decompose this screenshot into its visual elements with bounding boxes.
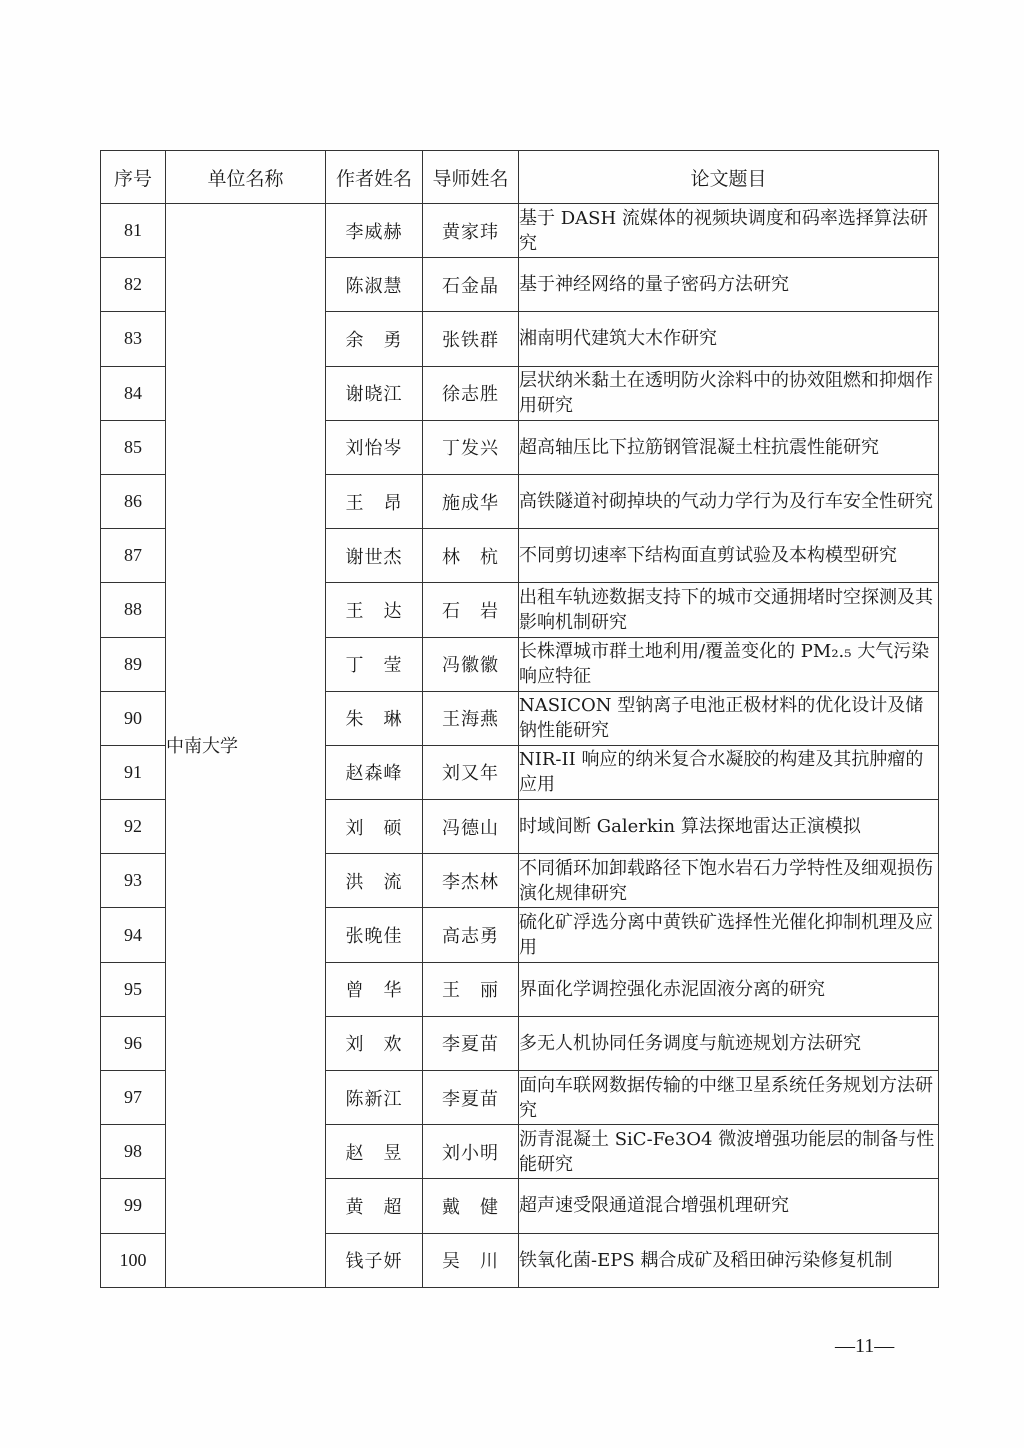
- author-name-cell: 赵 昱: [326, 1125, 423, 1179]
- thesis-title-cell: 不同剪切速率下结构面直剪试验及本构模型研究: [519, 529, 939, 583]
- serial-number-cell: 85: [101, 420, 166, 474]
- author-name-cell: 李威赫: [326, 204, 423, 258]
- serial-number-cell: 82: [101, 258, 166, 312]
- serial-number-cell: 86: [101, 474, 166, 528]
- author-name-cell: 张晚佳: [326, 908, 423, 962]
- header-serial-number: 序号: [101, 151, 166, 204]
- advisor-name-cell: 石金晶: [423, 258, 519, 312]
- serial-number-cell: 81: [101, 204, 166, 258]
- advisor-name-cell: 王海燕: [423, 691, 519, 745]
- advisor-name-cell: 施成华: [423, 474, 519, 528]
- thesis-title-cell: 出租车轨迹数据支持下的城市交通拥堵时空探测及其影响机制研究: [519, 583, 939, 637]
- advisor-name-cell: 石 岩: [423, 583, 519, 637]
- author-name-cell: 黄 超: [326, 1179, 423, 1233]
- advisor-name-cell: 王 丽: [423, 962, 519, 1016]
- advisor-name-cell: 丁发兴: [423, 420, 519, 474]
- thesis-title-cell: 基于神经网络的量子密码方法研究: [519, 258, 939, 312]
- thesis-title-cell: NASICON 型钠离子电池正极材料的优化设计及储钠性能研究: [519, 691, 939, 745]
- thesis-title-cell: 超声速受限通道混合增强机理研究: [519, 1179, 939, 1233]
- table-body: 81中南大学李威赫黄家玮基于 DASH 流媒体的视频块调度和码率选择算法研究82…: [101, 204, 939, 1288]
- author-name-cell: 陈新江: [326, 1071, 423, 1125]
- advisor-name-cell: 刘小明: [423, 1125, 519, 1179]
- thesis-award-table: 序号 单位名称 作者姓名 导师姓名 论文题目 81中南大学李威赫黄家玮基于 DA…: [100, 150, 939, 1288]
- serial-number-cell: 90: [101, 691, 166, 745]
- header-author-name: 作者姓名: [326, 151, 423, 204]
- thesis-title-cell: 超高轴压比下拉筋钢管混凝土柱抗震性能研究: [519, 420, 939, 474]
- serial-number-cell: 100: [101, 1233, 166, 1287]
- serial-number-cell: 91: [101, 745, 166, 799]
- author-name-cell: 王 昂: [326, 474, 423, 528]
- serial-number-cell: 87: [101, 529, 166, 583]
- thesis-title-cell: 硫化矿浮选分离中黄铁矿选择性光催化抑制机理及应用: [519, 908, 939, 962]
- thesis-title-cell: 基于 DASH 流媒体的视频块调度和码率选择算法研究: [519, 204, 939, 258]
- advisor-name-cell: 冯徽徽: [423, 637, 519, 691]
- author-name-cell: 王 达: [326, 583, 423, 637]
- thesis-title-cell: 界面化学调控强化赤泥固液分离的研究: [519, 962, 939, 1016]
- thesis-title-cell: 不同循环加卸载路径下饱水岩石力学特性及细观损伤演化规律研究: [519, 854, 939, 908]
- advisor-name-cell: 张铁群: [423, 312, 519, 366]
- advisor-name-cell: 黄家玮: [423, 204, 519, 258]
- author-name-cell: 丁 莹: [326, 637, 423, 691]
- serial-number-cell: 99: [101, 1179, 166, 1233]
- serial-number-cell: 84: [101, 366, 166, 420]
- advisor-name-cell: 吴 川: [423, 1233, 519, 1287]
- advisor-name-cell: 高志勇: [423, 908, 519, 962]
- serial-number-cell: 83: [101, 312, 166, 366]
- author-name-cell: 钱子妍: [326, 1233, 423, 1287]
- page-number: —11—: [835, 1335, 894, 1358]
- advisor-name-cell: 李杰林: [423, 854, 519, 908]
- thesis-title-cell: 长株潭城市群土地利用/覆盖变化的 PM₂.₅ 大气污染响应特征: [519, 637, 939, 691]
- author-name-cell: 刘 硕: [326, 800, 423, 854]
- author-name-cell: 谢晓江: [326, 366, 423, 420]
- thesis-title-cell: 湘南明代建筑大木作研究: [519, 312, 939, 366]
- author-name-cell: 刘 欢: [326, 1016, 423, 1070]
- author-name-cell: 朱 琳: [326, 691, 423, 745]
- thesis-title-cell: NIR-II 响应的纳米复合水凝胶的构建及其抗肿瘤的应用: [519, 745, 939, 799]
- thesis-title-cell: 层状纳米黏土在透明防火涂料中的协效阻燃和抑烟作用研究: [519, 366, 939, 420]
- document-page: 序号 单位名称 作者姓名 导师姓名 论文题目 81中南大学李威赫黄家玮基于 DA…: [0, 0, 1024, 1448]
- thesis-title-cell: 高铁隧道衬砌掉块的气动力学行为及行车安全性研究: [519, 474, 939, 528]
- serial-number-cell: 89: [101, 637, 166, 691]
- serial-number-cell: 93: [101, 854, 166, 908]
- author-name-cell: 陈淑慧: [326, 258, 423, 312]
- author-name-cell: 赵森峰: [326, 745, 423, 799]
- advisor-name-cell: 林 杭: [423, 529, 519, 583]
- author-name-cell: 余 勇: [326, 312, 423, 366]
- table-row: 81中南大学李威赫黄家玮基于 DASH 流媒体的视频块调度和码率选择算法研究: [101, 204, 939, 258]
- serial-number-cell: 94: [101, 908, 166, 962]
- advisor-name-cell: 李夏苗: [423, 1016, 519, 1070]
- thesis-title-cell: 铁氧化菌-EPS 耦合成矿及稻田砷污染修复机制: [519, 1233, 939, 1287]
- thesis-title-cell: 多无人机协同任务调度与航迹规划方法研究: [519, 1016, 939, 1070]
- serial-number-cell: 95: [101, 962, 166, 1016]
- table-header-row: 序号 单位名称 作者姓名 导师姓名 论文题目: [101, 151, 939, 204]
- advisor-name-cell: 戴 健: [423, 1179, 519, 1233]
- unit-name-cell: 中南大学: [166, 204, 326, 1288]
- serial-number-cell: 88: [101, 583, 166, 637]
- author-name-cell: 曾 华: [326, 962, 423, 1016]
- thesis-title-cell: 时域间断 Galerkin 算法探地雷达正演模拟: [519, 800, 939, 854]
- header-unit-name: 单位名称: [166, 151, 326, 204]
- advisor-name-cell: 冯德山: [423, 800, 519, 854]
- author-name-cell: 洪 流: [326, 854, 423, 908]
- header-thesis-title: 论文题目: [519, 151, 939, 204]
- advisor-name-cell: 李夏苗: [423, 1071, 519, 1125]
- serial-number-cell: 92: [101, 800, 166, 854]
- advisor-name-cell: 徐志胜: [423, 366, 519, 420]
- serial-number-cell: 97: [101, 1071, 166, 1125]
- serial-number-cell: 98: [101, 1125, 166, 1179]
- advisor-name-cell: 刘又年: [423, 745, 519, 799]
- serial-number-cell: 96: [101, 1016, 166, 1070]
- thesis-title-cell: 沥青混凝土 SiC-Fe3O4 微波增强功能层的制备与性能研究: [519, 1125, 939, 1179]
- thesis-title-cell: 面向车联网数据传输的中继卫星系统任务规划方法研究: [519, 1071, 939, 1125]
- author-name-cell: 谢世杰: [326, 529, 423, 583]
- author-name-cell: 刘怡岑: [326, 420, 423, 474]
- header-advisor-name: 导师姓名: [423, 151, 519, 204]
